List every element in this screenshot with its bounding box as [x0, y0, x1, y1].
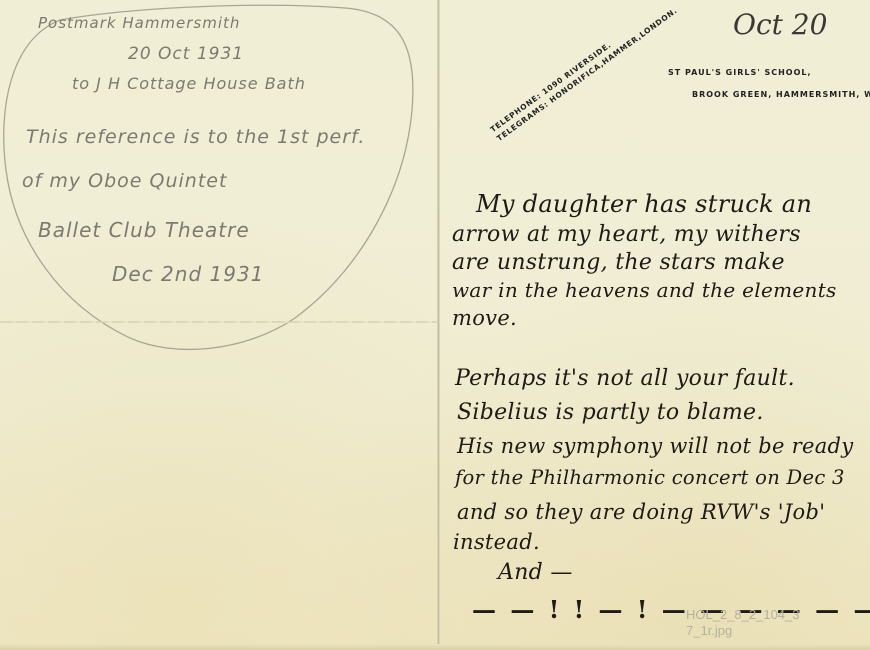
body-line: for the Philharmonic concert on Dec 3: [455, 466, 845, 489]
body-line: are unstrung, the stars make: [452, 250, 785, 275]
pencil-line-postmark: Postmark Hammersmith: [38, 14, 240, 32]
body-line: Perhaps it's not all your fault.: [455, 366, 795, 391]
letter-date: Oct 20: [733, 8, 827, 41]
body-line: Sibelius is partly to blame.: [457, 400, 764, 425]
pencil-line-recipient: to J H Cottage House Bath: [72, 74, 306, 93]
pencil-line-perf-date: Dec 2nd 1931: [112, 262, 264, 286]
body-line: move.: [452, 306, 517, 330]
body-line: war in the heavens and the elements: [452, 278, 837, 302]
filename-overlay: HOL_2_8_2_104_37_1r.jpg: [686, 607, 806, 639]
body-line: My daughter has struck an: [476, 190, 812, 218]
letterhead-school: ST PAUL'S GIRLS' SCHOOL,: [668, 68, 812, 77]
body-line: arrow at my heart, my withers: [452, 222, 801, 247]
body-line: and so they are doing RVW's 'Job': [457, 500, 825, 524]
pencil-line-work: of my Oboe Quintet: [22, 170, 227, 192]
body-line: His new symphony will not be ready: [457, 434, 853, 458]
letterhead-address: BROOK GREEN, HAMMERSMITH, W. 6.: [692, 90, 870, 99]
pencil-line-reference: This reference is to the 1st perf.: [26, 126, 365, 148]
left-page: Postmark Hammersmith 20 Oct 1931 to J H …: [0, 0, 438, 650]
paper-bottom-edge: [0, 644, 870, 650]
body-line: instead.: [453, 530, 540, 554]
pencil-line-venue: Ballet Club Theatre: [38, 218, 250, 242]
body-line: And —: [498, 560, 573, 585]
closing-dashes: — — ! ! — ! — — — — — —: [472, 595, 870, 624]
pencil-line-date: 20 Oct 1931: [128, 44, 244, 64]
fold-crease-horizontal: [0, 321, 437, 323]
